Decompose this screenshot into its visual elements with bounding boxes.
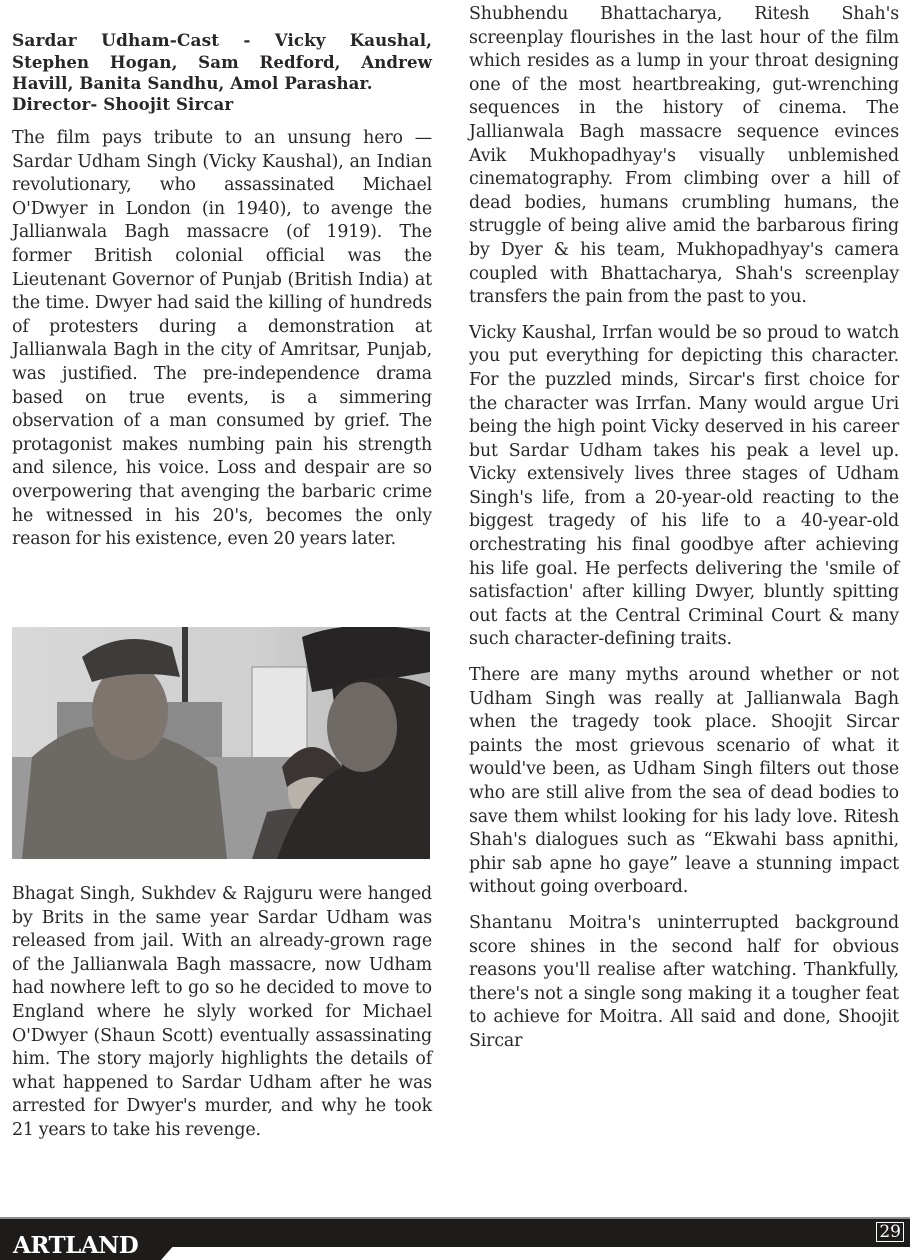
left-column: Sardar Udham-Cast - Vicky Kaushal, Steph…	[12, 30, 432, 564]
article-paragraph: The film pays tribute to an unsung hero …	[12, 127, 432, 552]
page-number: 29	[876, 1222, 904, 1242]
article-paragraph: Shantanu Moitra's uninterrupted backgrou…	[469, 912, 899, 1054]
magazine-brand: ARTLAND	[13, 1232, 138, 1259]
director-credit: Director- Shoojit Sircar	[12, 94, 432, 115]
film-still-photo	[12, 627, 430, 859]
right-column: Shubhendu Bhattacharya, Ritesh Shah's sc…	[469, 3, 899, 1066]
film-still-image	[12, 627, 430, 859]
article-paragraph: There are many myths around whether or n…	[469, 664, 899, 900]
article-paragraph: Shubhendu Bhattacharya, Ritesh Shah's sc…	[469, 3, 899, 310]
film-credits: Sardar Udham-Cast - Vicky Kaushal, Steph…	[12, 30, 432, 115]
left-column-lower: Bhagat Singh, Sukhdev & Rajguru were han…	[12, 883, 432, 1155]
article-paragraph: Vicky Kaushal, Irrfan would be so proud …	[469, 322, 899, 652]
article-paragraph: Bhagat Singh, Sukhdev & Rajguru were han…	[12, 883, 432, 1143]
film-title: Sardar Udham-Cast	[12, 31, 219, 51]
